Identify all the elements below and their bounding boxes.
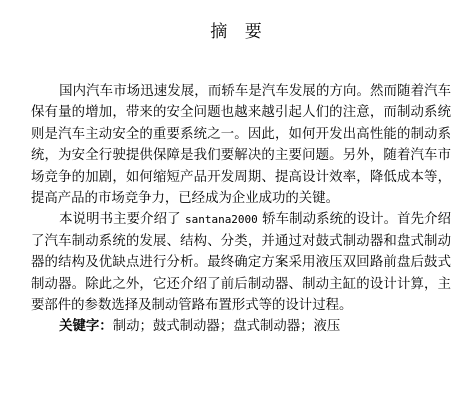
abstract-paragraph-2: 本说明书主要介绍了 santana2000 轿车制动系统的设计。首先介绍了汽车制… [31,209,451,316]
keywords-value: 制动；鼓式制动器；盘式制动器；液压 [113,319,341,334]
car-model-name: santana2000 [185,213,258,226]
abstract-paragraph-1: 国内汽车市场迅速发展，而轿车是汽车发展的方向。然而随着汽车保有量的增加，带来的安… [31,81,451,209]
abstract-body: 国内汽车市场迅速发展，而轿车是汽车发展的方向。然而随着汽车保有量的增加，带来的安… [31,81,451,338]
abstract-title: 摘 要 [0,21,468,43]
paragraph-2-intro: 本说明书主要介绍了 [59,212,185,227]
keywords-line: 关键字：制动；鼓式制动器；盘式制动器；液压 [31,316,451,337]
paragraph-2-body: 轿车制动系统的设计。首先介绍了汽车制动系统的发展、结构、分类，并通过对鼓式制动器… [31,212,451,313]
keywords-label: 关键字： [59,319,113,334]
